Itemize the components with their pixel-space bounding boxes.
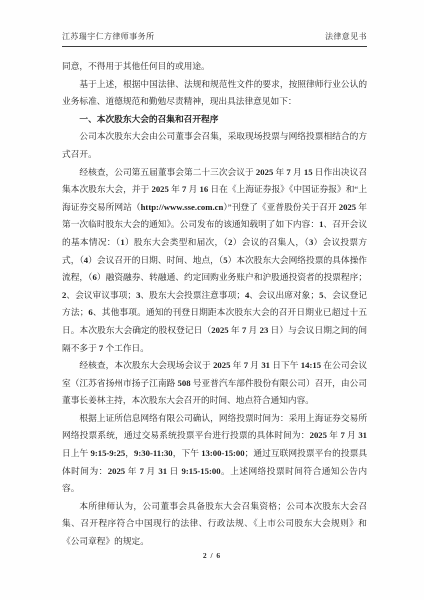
latin-text: 7 [182,184,186,194]
latin-text: 1 [319,219,323,229]
latin-text: 5 [319,290,323,300]
latin-text: 31 [261,360,270,370]
paragraph: 经核查，公司第五届董事会第二十三次会议于 2025 年 7 月 15 日作出决议… [62,164,367,358]
paragraph: 经核查，本次股东大会现场会议于 2025 年 7 月 31 日下午 14:15 … [62,357,367,410]
latin-text: 2025 [211,325,228,335]
page-header: 江苏瑞宇仁方律师事务所 法律意见书 [62,31,367,47]
latin-text: 1 [120,237,124,247]
latin-text: 31 [358,430,367,440]
latin-text: 2025 [310,430,327,440]
latin-text: http://www.sse.com.cn [141,202,224,212]
latin-text: 7 [340,430,344,440]
document-page: 江苏瑞宇仁方律师事务所 法律意见书 同意，不得用于其他任何目的或用途。基于上述，… [0,0,424,600]
section-heading: 一、本次股东大会的召集和召开程序 [62,111,367,129]
latin-text: 2 [228,237,232,247]
latin-text: 13:00-15:00 [201,448,244,458]
latin-text: 3 [136,290,140,300]
latin-text: 15 [304,167,313,177]
latin-text: 9:30-11:30 [134,448,173,458]
latin-text: 2025 [339,202,356,212]
latin-text: 7 [286,167,290,177]
latin-text: 4 [245,290,249,300]
latin-text: 9:15-9:25 [90,448,125,458]
page-number: 2 / 6 [203,551,221,560]
latin-text: 4 [84,255,88,265]
latin-text: 14:15 [301,360,321,370]
header-firm-name: 江苏瑞宇仁方律师事务所 [62,31,154,42]
paragraph: 基于上述，根据中国法律、法规和规范性文件的要求，按照律师行业公认的业务标准、道德… [62,76,367,111]
latin-text: 7 [242,325,246,335]
latin-text: 508 [178,378,191,388]
paragraph: 本所律师认为，公司董事会具备股东大会召集资格；公司本次股东大会召集、召开程序符合… [62,498,367,551]
latin-text: 5 [223,255,227,265]
paragraph: 同意，不得用于其他任何目的或用途。 [62,58,367,76]
latin-text: 2025 [213,360,230,370]
latin-text: 31 [158,466,167,476]
latin-text: 2025 [256,167,273,177]
paragraph: 根据上证所信息网络有限公司确认，网络投票时间为：采用上海证券交易所网络投票系统，… [62,410,367,498]
latin-text: 7 [244,360,248,370]
latin-text: 2 [62,290,66,300]
latin-text: 7 [140,466,144,476]
latin-text: 16 [200,184,209,194]
latin-text: 6 [93,272,97,282]
latin-text: 3 [309,237,313,247]
latin-text: 9:15-15:00 [181,466,220,476]
paragraph: 公司本次股东大会由公司董事会召集，采取现场投票与网络投票相结合的方式召开。 [62,128,367,163]
page-footer: 2 / 6 [0,551,424,560]
header-doc-type: 法律意见书 [325,31,367,42]
latin-text: 23 [260,325,269,335]
latin-text: 6 [88,307,92,317]
latin-text: 7 [99,343,103,353]
latin-text: 2025 [108,466,125,476]
document-body: 同意，不得用于其他任何目的或用途。基于上述，根据中国法律、法规和规范性文件的要求… [62,58,367,551]
latin-text: 2025 [151,184,168,194]
